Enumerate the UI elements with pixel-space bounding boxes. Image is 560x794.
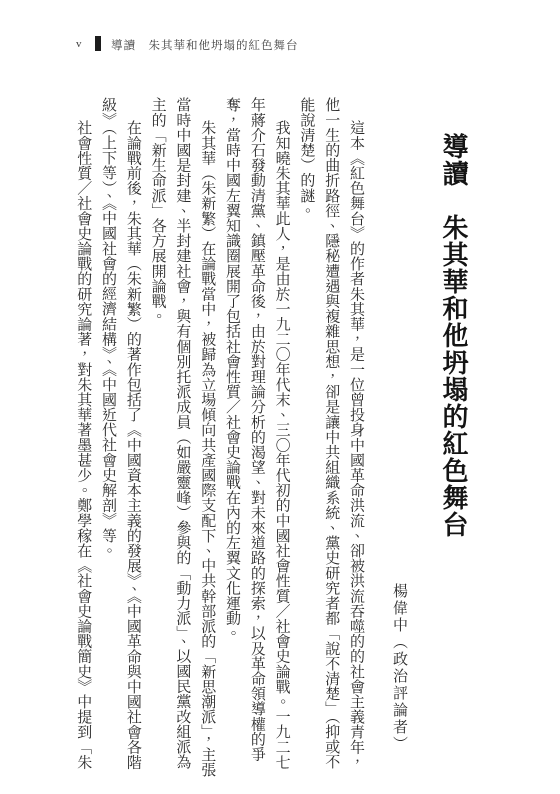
author-byline: 楊偉中（政治評論者）	[390, 97, 408, 777]
paragraph-5: 社會性質／社會史論戰的研究論著，對朱其華著墨甚少。鄭學稼在《社會史論戰簡史》中提…	[70, 97, 95, 777]
page-number: v	[76, 38, 82, 50]
paragraph-4: 在論戰前後，朱其華（朱新繁）的著作包括了《中國資本主義的發展》、《中國革命與中國…	[95, 97, 145, 777]
paragraph-1: 這本《紅色舞台》的作者朱其華，是一位曾投身中國革命洪流、卻被洪流吞噬的的社會主義…	[294, 97, 368, 777]
header-bar-icon	[95, 36, 101, 51]
chapter-title: 導讀 朱其華和他坍塌的紅色舞台	[440, 97, 466, 777]
page-header: v 導讀 朱其華和他坍塌的紅色舞台	[0, 36, 560, 54]
running-title: 導讀 朱其華和他坍塌的紅色舞台	[111, 37, 299, 53]
book-page: v 導讀 朱其華和他坍塌的紅色舞台 導讀 朱其華和他坍塌的紅色舞台 楊偉中（政治…	[0, 0, 560, 794]
page-content: 導讀 朱其華和他坍塌的紅色舞台 楊偉中（政治評論者） 這本《紅色舞台》的作者朱其…	[50, 97, 466, 777]
paragraph-3: 朱其華（朱新繁）在論戰當中，被歸為立場傾向共產國際支配下、中共幹部派的「新思潮派…	[145, 97, 219, 777]
paragraph-2: 我知曉朱其華此人，是由於一九二〇年代末、三〇年代初的中國社會性質／社會史論戰。一…	[219, 97, 293, 777]
